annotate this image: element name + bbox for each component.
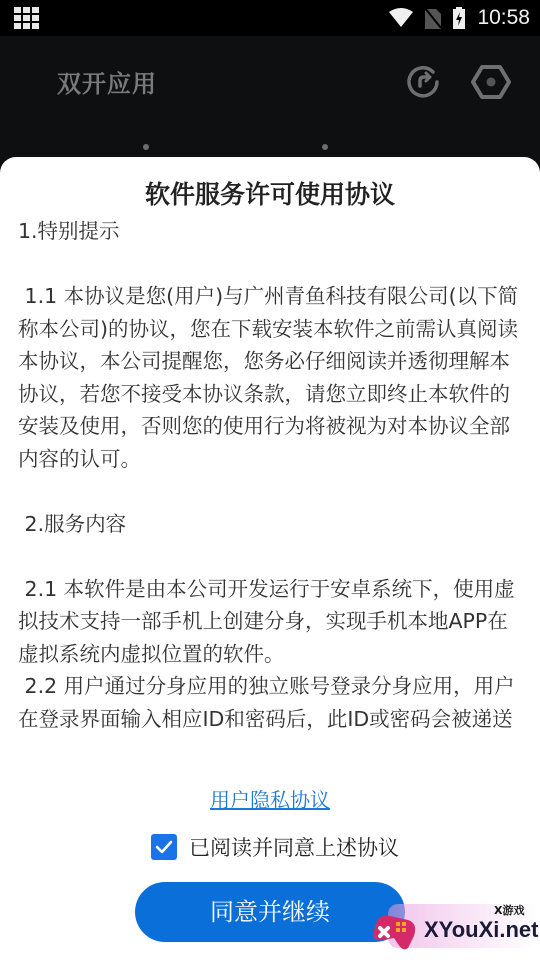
clock: 10:58 <box>477 6 530 30</box>
battery-charging-icon <box>453 7 465 29</box>
no-sim-icon <box>425 7 441 29</box>
agreement-dialog: 软件服务许可使用协议 1.特别提示 1.1 本协议是您(用户)与广州青鱼科技有限… <box>0 157 540 960</box>
watermark: X游戏 XYouXi.net <box>368 890 540 960</box>
watermark-small-text: X游戏 <box>494 902 524 918</box>
app-header: 双开应用 <box>0 36 540 157</box>
agreement-text-scroll[interactable]: 1.特别提示 1.1 本协议是您(用户)与广州青鱼科技有限公司(以下简称本公司)… <box>18 215 524 773</box>
paragraph: 1.1 本协议是您(用户)与广州青鱼科技有限公司(以下简称本公司)的协议，您在下… <box>18 280 524 475</box>
app-grid-icon <box>14 7 39 29</box>
paragraph <box>18 540 524 573</box>
paragraph: 2.服务内容 <box>18 508 524 541</box>
agree-label: 已阅读并同意上述协议 <box>189 832 399 862</box>
page-indicator-dot <box>322 144 328 150</box>
wifi-icon <box>389 8 413 28</box>
page-indicator-dot <box>143 144 149 150</box>
paragraph: 2.1 本软件是由本公司开发运行于安卓系统下，使用虚拟技术支持一部手机上创建分身… <box>18 573 524 671</box>
privacy-policy-link[interactable]: 用户隐私协议 <box>0 784 540 813</box>
paragraph: 1.特别提示 <box>18 215 524 248</box>
paragraph: 2.2 用户通过分身应用的独立账号登录分身应用，用户在登录界面输入相应ID和密码… <box>18 670 524 735</box>
watermark-text: XYouXi.net <box>424 917 539 943</box>
check-icon <box>155 840 173 854</box>
dialog-title: 软件服务许可使用协议 <box>0 175 540 211</box>
paragraph <box>18 475 524 508</box>
agree-checkbox-row[interactable]: 已阅读并同意上述协议 <box>151 833 399 861</box>
agree-checkbox[interactable] <box>151 834 177 860</box>
paragraph <box>18 248 524 281</box>
refresh-icon[interactable] <box>403 62 443 102</box>
agree-continue-button[interactable]: 同意并继续 <box>135 882 405 942</box>
gamepad-icon <box>368 908 420 952</box>
page-title: 双开应用 <box>57 64 157 99</box>
settings-hexagon-icon[interactable] <box>471 62 511 102</box>
status-bar: 10:58 <box>0 0 540 36</box>
